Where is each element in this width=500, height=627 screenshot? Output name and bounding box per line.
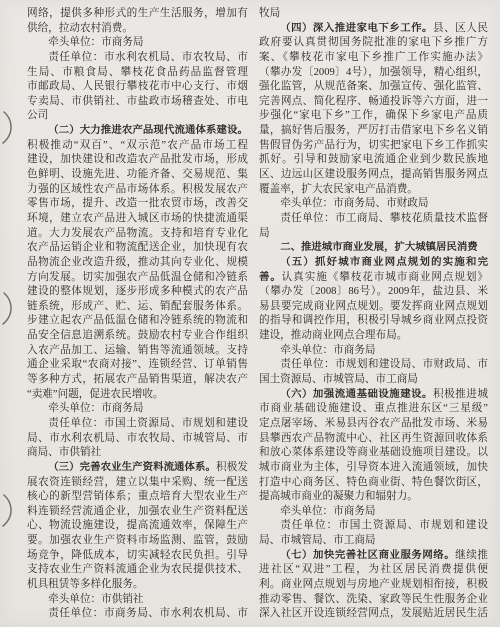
right-column: 牧局（四）深入推进家电下乡工作。县、区人民政府要认真贯彻国务院批准的家电下乡推广… <box>259 7 488 622</box>
body-text-segment: 牧局 <box>259 8 280 19</box>
body-text-segment: 城市商业为主体，引导资本进入流通领域，加快 <box>259 462 488 473</box>
pen-bracket-mark-icon <box>0 291 18 327</box>
text-line: 责任单位：市水利农机局、市农牧局、市卫 <box>27 51 248 66</box>
body-text-segment: 通企业采取“农商对接”、连锁经营、订单销售 <box>27 359 248 370</box>
body-text-segment: 市商业基础设施建设、重点推进东区“三星级” <box>259 403 488 414</box>
body-text-segment: 政府要认真贯彻国务院批准的家电下乡推广方 <box>259 37 488 48</box>
text-line: 易县要完成商业网点规划。要发挥商业网点规划 <box>259 300 488 315</box>
body-text-segment: 量，搞好售后服务，严厉打击借家电下乡名义销 <box>259 125 488 136</box>
body-text-segment: 责任单位：市国土资源局、市规划和建设 <box>48 418 248 429</box>
text-line: 责任单位：市商务局、市水利农机局、市农 <box>27 607 248 622</box>
text-line: 通企业采取“农商对接”、连锁经营、订单销售 <box>27 358 248 373</box>
text-line: 强化监管，从规范备案、加强宣传、强化监管、 <box>259 80 488 95</box>
body-text-segment: 局 <box>259 228 270 239</box>
text-line: 局、市水利农机局、市农牧局、市城管局、市工 <box>27 432 248 447</box>
body-text-segment: 环境，建立农产品进入城区市场的快捷流通渠 <box>27 213 248 224</box>
body-text-segment: 利。商业网点规划与房地产业规划相衔接，积极 <box>259 579 488 590</box>
body-text-segment: 展农资连锁经营，建立以集中采购、统一配送为 <box>27 477 248 491</box>
text-line: 牵头单位：市商务局 <box>259 505 488 520</box>
body-text-segment: 县攀西农产品物流中心、社区再生资源回收体系 <box>259 433 488 444</box>
body-text-segment: 链系统，形成产、贮、运、销配套服务体系。初 <box>27 301 248 315</box>
body-text-segment: 建设，加快建设和改造农产品批发市场，形成特 <box>27 154 248 168</box>
body-text-segment: 专卖局、市供销社、市盐政市场稽查处、市电信 <box>27 96 248 110</box>
body-text-segment: 公司 <box>27 110 48 121</box>
text-line: 入农产品加工、运输、销售等流通领域。支持流 <box>27 344 248 359</box>
body-text-segment: 牵头单位：市商务局 <box>48 37 143 48</box>
body-text-segment: 力强的区域性农产品市场体系。积极发展农产品 <box>27 184 248 198</box>
body-text-segment: 核心的新型营销体系；重点培育大型农业生产资 <box>27 491 248 505</box>
text-line: 案、《攀枝花市家电下乡推广工作实施办法》 <box>259 51 488 66</box>
body-text-segment: 完善网点、简化程序、畅通投诉等六方面，进一 <box>259 96 488 107</box>
body-text-segment: 进社区“双进”工程，为社区居民消费提供便 <box>259 564 488 575</box>
bold-text-segment: 善。 <box>259 272 282 283</box>
text-line: 定点屠宰场、米易县丙谷农产品批发市场、米易 <box>259 417 488 432</box>
scanned-document-page: 网络，提供多种形式的生产生活服务，增加有效供给，拉动农村消费。牵头单位：市商务局… <box>0 0 500 627</box>
text-line: 完善网点、简化程序、畅通投诉等六方面，进一 <box>259 95 488 110</box>
text-line: 等多种方式，拓展农产品销售渠道，解决农产品 <box>27 373 248 388</box>
text-line: 售假冒伪劣产品行为，切实把家电下乡工作抓实 <box>259 139 488 154</box>
text-line: 色鲜明、设施先进、功能齐备、交易规范、集散 <box>27 168 248 183</box>
text-line: 提高城市商业的凝聚力和辐射力。 <box>259 490 488 505</box>
body-text-segment: 入农产品加工、运输、销售等流通领域。支持流 <box>27 345 248 359</box>
text-line: 责任单位：市国土资源局、市规划和建设 <box>27 417 248 432</box>
text-line: 抓好。引导和鼓励家电流通企业到少数民族地 <box>259 153 488 168</box>
body-text-segment: 责任单位：市商务局、市水利农机局、市农 <box>48 608 248 622</box>
body-text-segment: 提高城市商业的凝聚力和辐射力。 <box>259 491 418 502</box>
text-line: 建设，加快建设和改造农产品批发市场，形成特 <box>27 153 248 168</box>
text-line: （四）深入推进家电下乡工作。县、区人民 <box>259 22 488 37</box>
body-text-segment: 场竞争，降低成本，切实减轻农民负担。引导和 <box>27 550 248 564</box>
text-line: 进社区“双进”工程，为社区居民消费提供便 <box>259 563 488 578</box>
bold-text-segment: （六）加强流通基础设施建设。 <box>280 389 433 400</box>
body-text-segment: 建设的整体规划，逐步形成多种模式的农产品冷 <box>27 286 248 300</box>
text-line: （攀办发〔2008〕86号）。2009年，盐边县、米 <box>259 285 488 300</box>
text-line: 方向发展。切实加强农产品低温仓储和冷链系统 <box>27 271 248 286</box>
text-line: 推动零售、餐饮、洗染、家政等民生性服务企业 <box>259 593 488 608</box>
text-line: 生局、市粮食局、攀枝花食品药品监督管理局、 <box>27 66 248 81</box>
text-line: 步强化“家电下乡”工作，确保下乡家电产品质 <box>259 109 488 124</box>
body-text-segment: 农产品运销企业和物流配送企业，加快现有农产 <box>27 242 248 256</box>
text-line: （七）加快完善社区商业服务网络。继续推 <box>259 549 488 564</box>
text-line: 的指导和调控作用，积极引导城乡商业网点投资 <box>259 314 488 329</box>
bold-text-segment: （七）加快完善社区商业服务网络。 <box>280 550 455 561</box>
bold-text-segment: （二）大力推进农产品现代流通体系建设。 <box>48 125 248 136</box>
body-text-segment: 商局、市供销社 <box>27 447 101 458</box>
text-line: 环境，建立农产品进入城区市场的快捷流通渠 <box>27 212 248 227</box>
text-line: 农产品运销企业和物流配送企业，加快现有农产 <box>27 241 248 256</box>
text-line: 政府要认真贯彻国务院批准的家电下乡推广方 <box>259 36 488 51</box>
body-text-segment: 区、边远山区建设服务网点，提高销售服务网点 <box>259 169 488 180</box>
pen-bracket-mark-icon <box>0 110 18 146</box>
body-text-segment: 牵头单位：市商务局 <box>280 345 375 356</box>
text-line: 料连锁经营流通企业，加强农业生产资料配送中 <box>27 505 248 520</box>
left-column: 网络，提供多种形式的生产生活服务，增加有效供给，拉动农村消费。牵头单位：市商务局… <box>27 7 248 622</box>
body-text-segment: 牵头单位：市商务局 <box>48 403 143 414</box>
text-line: 专卖局、市供销社、市盐政市场稽查处、市电信 <box>27 95 248 110</box>
body-text-segment: 局、市水利农机局、市农牧局、市城管局、市工 <box>27 433 248 447</box>
body-text-segment: 局、市城管局、市工商局 <box>259 535 376 546</box>
body-text-segment: 牵头单位：市供销社 <box>48 594 143 605</box>
text-line: 二、推进城市商业发展，扩大城镇居民消费 <box>259 241 488 256</box>
text-line: （二）大力推进农产品现代流通体系建设。 <box>27 124 248 139</box>
text-line: 牵头单位：市商务局 <box>27 402 248 417</box>
body-text-segment: 售假冒伪劣产品行为，切实把家电下乡工作抓实 <box>259 140 488 151</box>
body-text-segment: 易县要完成商业网点规划。要发挥商业网点规划 <box>259 301 488 312</box>
body-text-segment: 和放心菜体系建设等商业基础设施项目建设。以 <box>259 447 488 458</box>
text-line: 量，搞好售后服务，严厉打击借家电下乡名义销 <box>259 124 488 139</box>
body-text-segment: 责任单位：市水利农机局、市农牧局、市卫 <box>48 52 248 66</box>
bold-text-segment: （五）抓好城市商业网点规划的实施和完 <box>280 257 488 268</box>
text-line: 市邮政局、人民银行攀枝花市中心支行、市烟草 <box>27 80 248 95</box>
body-text-segment: 案、《攀枝花市家电下乡推广工作实施办法》 <box>259 52 488 63</box>
text-line: 积极推动“双百”、“双示范”农产品市场工程 <box>27 139 248 154</box>
text-line: （五）抓好城市商业网点规划的实施和完 <box>259 256 488 271</box>
text-line: 牵头单位：市商务局 <box>259 344 488 359</box>
bold-text-segment: 二、推进城市商业发展，扩大城镇居民消费 <box>280 242 477 253</box>
text-line: 县攀西农产品物流中心、社区再生资源回收体系 <box>259 432 488 447</box>
text-line: （三）完善农业生产资料流通体系。积极发 <box>27 461 248 476</box>
bold-text-segment: （三）完善农业生产资料流通体系。 <box>48 462 216 473</box>
body-text-segment: 抓好。引导和鼓励家电流通企业到少数民族地 <box>259 154 488 165</box>
text-line: 道。大力发展农产品物流。支持和培育专业化的 <box>27 227 248 242</box>
text-line: 商局、市供销社 <box>27 446 248 461</box>
body-text-segment: 料连锁经营流通企业，加强农业生产资料配送中 <box>27 506 248 520</box>
text-line: 牵头单位：市商务局、市财政局 <box>259 197 488 212</box>
body-text-segment: 方向发展。切实加强农产品低温仓储和冷链系统 <box>27 272 248 286</box>
text-line: 核心的新型营销体系；重点培育大型农业生产资 <box>27 490 248 505</box>
text-line: 品物流企业改造升级，推动其向专业化、规模化 <box>27 256 248 271</box>
body-text-segment: （攀办发〔2009〕4号），加强领导，精心组织， <box>259 67 488 78</box>
text-line: 牵头单位：市供销社 <box>27 593 248 608</box>
text-line: 公司 <box>27 109 248 124</box>
body-text-segment: 责任单位：市工商局、攀枝花质量技术监督 <box>280 213 488 224</box>
body-text-segment: 要。加强农业生产资料市场监测、监管，鼓励市 <box>27 535 248 549</box>
text-line: 责任单位：市规划和建设局、市财政局、市 <box>259 358 488 373</box>
body-text-segment: 积极推进城 <box>433 389 488 400</box>
body-text-segment: 品安全信息追溯系统。鼓励农村专业合作组织进 <box>27 330 248 344</box>
text-line: 打造中心商务区、特色商业街、特色餐饮街区， <box>259 476 488 491</box>
text-line: 步建立起农产品低温仓储和冷链系统的物流和食 <box>27 314 248 329</box>
body-text-segment: 继续推 <box>455 550 488 561</box>
body-text-segment: 零售市场，提升、改造一批农贸市场，改善交易 <box>27 198 248 212</box>
body-text-segment: “卖难”问题，促进农民增收。 <box>27 389 164 400</box>
text-line: 链系统，形成产、贮、运、销配套服务体系。初 <box>27 300 248 315</box>
body-text-segment: 打造中心商务区、特色商业街、特色餐饮街区， <box>259 477 488 488</box>
text-line: 要。加强农业生产资料市场监测、监管，鼓励市 <box>27 534 248 549</box>
body-text-segment: 牵头单位：市商务局 <box>280 506 375 517</box>
text-line: （六）加强流通基础设施建设。积极推进城 <box>259 388 488 403</box>
body-text-segment: 步强化“家电下乡”工作，确保下乡家电产品质 <box>259 110 488 121</box>
body-text-segment: 强化监管，从规范备案、加强宣传、强化监管、 <box>259 81 488 92</box>
body-text-segment: 国土资源局、市城管局、市工商局 <box>259 374 418 385</box>
body-text-segment: 市邮政局、人民银行攀枝花市中心支行、市烟草 <box>27 81 248 95</box>
pen-bracket-mark-icon <box>0 493 18 529</box>
text-line: 深入社区开设连锁经营网点，发展贴近居民生活 <box>259 607 488 622</box>
body-text-segment: 道。大力发展农产品物流。支持和培育专业化的 <box>27 228 248 242</box>
body-text-segment: （攀办发〔2008〕86号）。2009年，盐边县、米 <box>259 286 488 297</box>
body-text-segment: 定点屠宰场、米易县丙谷农产品批发市场、米易 <box>259 418 488 429</box>
body-text-segment: 责任单位：市国土资源局、市规划和建设 <box>280 520 488 531</box>
text-line: 局 <box>259 227 488 242</box>
text-line: 责任单位：市工商局、攀枝花质量技术监督 <box>259 212 488 227</box>
text-line: 机具租赁等多样化服务。 <box>27 578 248 593</box>
body-text-segment: 建设，推动商业网点合理布局。 <box>259 330 407 341</box>
text-line: 城市商业为主体，引导资本进入流通领域，加快 <box>259 461 488 476</box>
text-line: 牵头单位：市商务局 <box>27 36 248 51</box>
text-line: 市商业基础设施建设、重点推进东区“三星级” <box>259 402 488 417</box>
body-text-segment: 县、区人民 <box>433 23 488 34</box>
body-text-segment: 认真实施《攀枝花市城市商业网点规划》 <box>282 272 488 283</box>
text-line: 局、市城管局、市工商局 <box>259 534 488 549</box>
text-line: 场竞争，降低成本，切实减轻农民负担。引导和 <box>27 549 248 564</box>
text-line: 品安全信息追溯系统。鼓励农村专业合作组织进 <box>27 329 248 344</box>
body-text-segment: 供给，拉动农村消费。 <box>27 23 133 34</box>
text-line: 区、边远山区建设服务网点，提高销售服务网点 <box>259 168 488 183</box>
text-line: 零售市场，提升、改造一批农贸市场，改善交易 <box>27 197 248 212</box>
body-text-segment: 机具租赁等多样化服务。 <box>27 579 144 590</box>
bold-text-segment: （四）深入推进家电下乡工作。 <box>280 23 433 34</box>
text-line: 支持农业生产资料流通企业为农民提供技术、农 <box>27 563 248 578</box>
body-text-segment: 网络，提供多种形式的生产生活服务，增加有效 <box>27 8 248 22</box>
body-text-segment: 心、物流设施建设，提高流通效率，保障生产需 <box>27 520 248 534</box>
body-text-segment: 覆盖率，扩大农民家电产品消费。 <box>259 184 418 195</box>
body-text-segment: 责任单位：市规划和建设局、市财政局、市 <box>280 359 488 370</box>
text-line: 建设，推动商业网点合理布局。 <box>259 329 488 344</box>
text-line: 和放心菜体系建设等商业基础设施项目建设。以 <box>259 446 488 461</box>
body-text-segment: 步建立起农产品低温仓储和冷链系统的物流和食 <box>27 315 248 329</box>
text-line: “卖难”问题，促进农民增收。 <box>27 388 248 403</box>
text-line: 责任单位：市国土资源局、市规划和建设 <box>259 519 488 534</box>
body-text-segment: 推动零售、餐饮、洗染、家政等民生性服务企业 <box>259 594 488 605</box>
text-line: 牧局 <box>259 7 488 22</box>
text-line: 心、物流设施建设，提高流通效率，保障生产需 <box>27 519 248 534</box>
body-text-segment: 积极发 <box>216 462 248 473</box>
text-line: 力强的区域性农产品市场体系。积极发展农产品 <box>27 183 248 198</box>
text-line: 覆盖率，扩大农民家电产品消费。 <box>259 183 488 198</box>
text-line: （攀办发〔2009〕4号），加强领导，精心组织， <box>259 66 488 81</box>
body-text-segment: 牵头单位：市商务局、市财政局 <box>280 198 428 209</box>
body-text-segment: 等多种方式，拓展农产品销售渠道，解决农产品 <box>27 374 248 388</box>
text-line: 利。商业网点规划与房地产业规划相衔接，积极 <box>259 578 488 593</box>
body-text-segment: 的指导和调控作用，积极引导城乡商业网点投资 <box>259 315 488 326</box>
text-line: 供给，拉动农村消费。 <box>27 22 248 37</box>
body-text-segment: 品物流企业改造升级，推动其向专业化、规模化 <box>27 257 248 271</box>
body-text-segment: 积极推动“双百”、“双示范”农产品市场工程 <box>27 140 248 151</box>
body-text-segment: 生局、市粮食局、攀枝花食品药品监督管理局、 <box>27 67 248 81</box>
text-line: 展农资连锁经营，建立以集中采购、统一配送为 <box>27 476 248 491</box>
body-text-segment: 支持农业生产资料流通企业为农民提供技术、农 <box>27 564 248 578</box>
text-line: 建设的整体规划，逐步形成多种模式的农产品冷 <box>27 285 248 300</box>
text-line: 国土资源局、市城管局、市工商局 <box>259 373 488 388</box>
body-text-segment: 深入社区开设连锁经营网点，发展贴近居民生活 <box>259 608 488 619</box>
body-text-segment: 色鲜明、设施先进、功能齐备、交易规范、集散 <box>27 169 248 183</box>
text-line: 网络，提供多种形式的生产生活服务，增加有效 <box>27 7 248 22</box>
text-line: 善。认真实施《攀枝花市城市商业网点规划》 <box>259 271 488 286</box>
